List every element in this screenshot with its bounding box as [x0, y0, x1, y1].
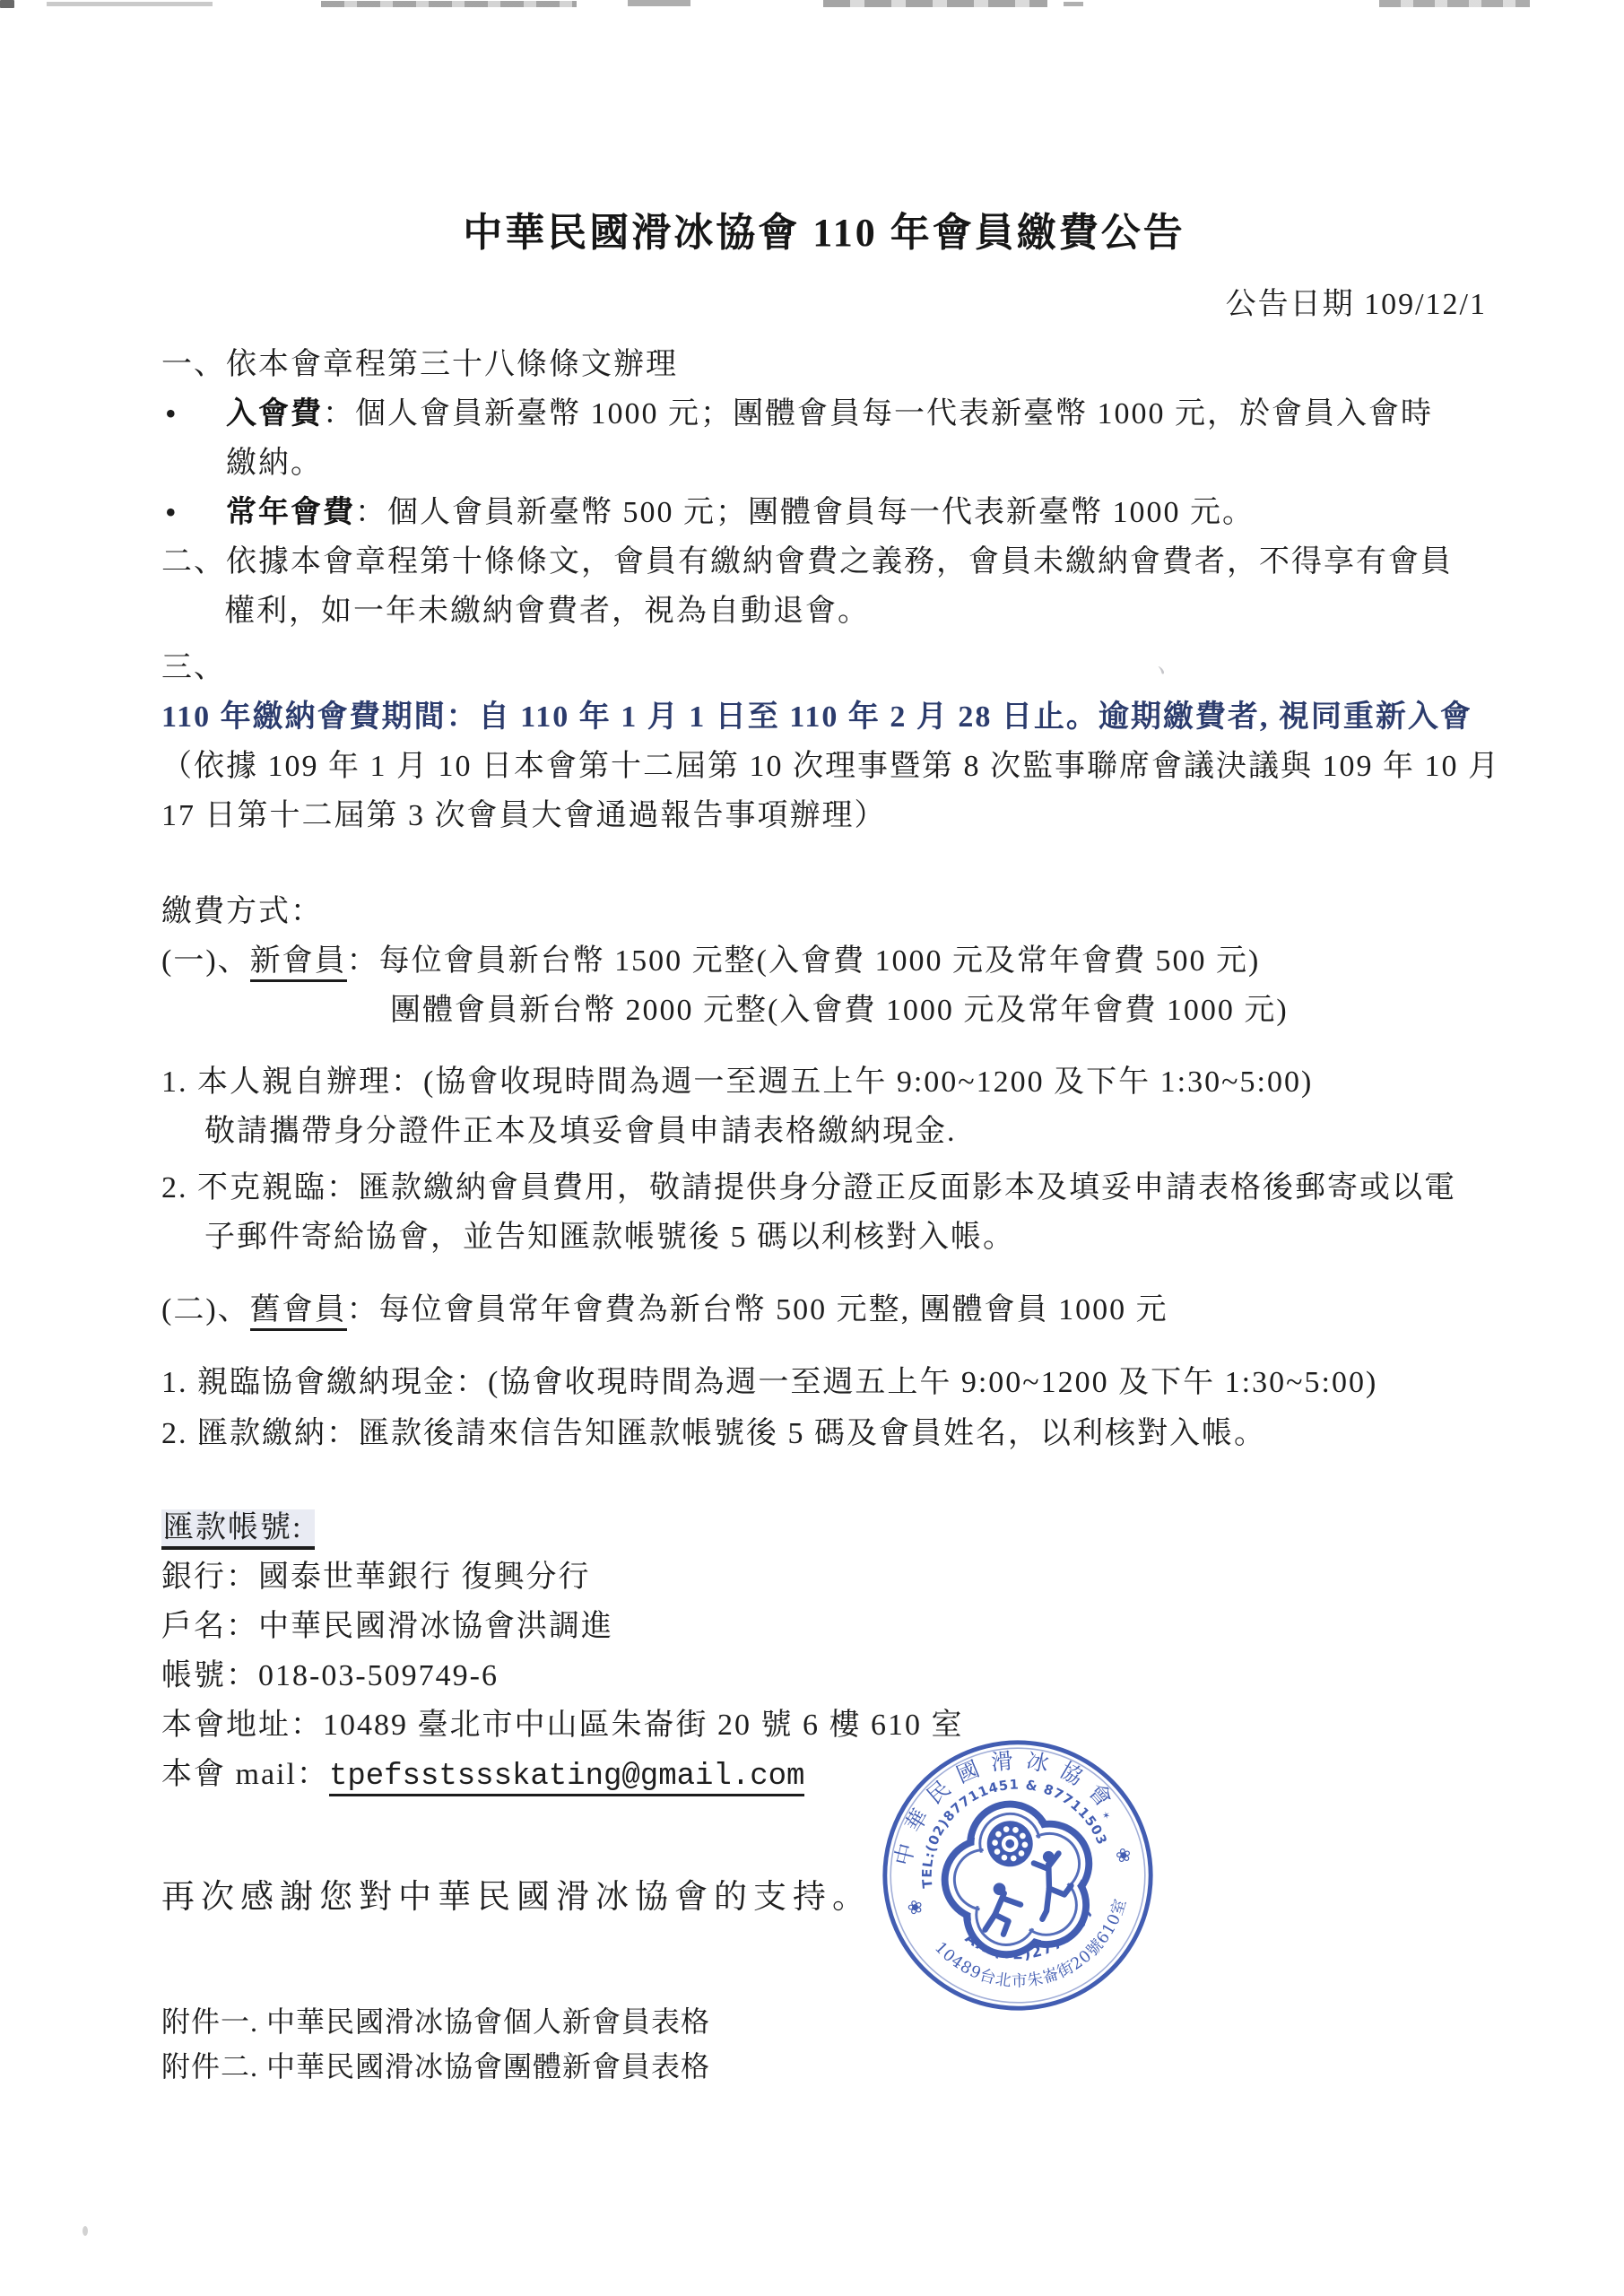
section-2-line2: 權利，如一年未繳納會費者，視為自動退會。: [161, 587, 1487, 636]
new-member-row: (一)、新會員：每位會員新台幣 1500 元整(入會費 1000 元及常年會費 …: [161, 936, 1487, 986]
thanks-line: 再次感謝您對中華民國滑冰協會的支持。: [161, 1872, 1487, 1924]
new-member-step-2: 2. 不克親臨：匯款繳納會員費用，敬請提供身分證正反面影本及填妥申請表格後郵寄或…: [161, 1163, 1487, 1213]
annual-fee-bullet: •常年會費：個人會員新臺幣 500 元；團體會員每一代表新臺幣 1000 元。: [161, 488, 1487, 537]
remit-bank-row: 銀行：國泰世華銀行 復興分行: [161, 1552, 1487, 1602]
old-member-step-2: 2. 匯款繳納：匯款後請來信告知匯款帳號後 5 碼及會員姓名，以利核對入帳。: [161, 1409, 1487, 1458]
mail-label: 本會 mail：: [161, 1758, 329, 1791]
plum-blossom-icon: ❀: [1110, 1843, 1136, 1867]
old-member-step-1: 1. 親臨協會繳納現金：(協會收現時間為週一至週五上午 9:00~1200 及下…: [161, 1358, 1487, 1407]
new-member-prefix: (一)、: [161, 944, 250, 978]
new-member-step-1b: 敬請攜帶身分證件正本及填妥會員申請表格繳納現金.: [161, 1107, 1487, 1156]
entry-fee-bullet: •入會費：個人會員新臺幣 1000 元；團體會員每一代表新臺幣 1000 元，於…: [161, 389, 1487, 439]
old-member-label: 舊會員: [250, 1293, 347, 1331]
remit-account-no-row: 帳號：018-03-509749-6: [161, 1651, 1487, 1700]
old-member-prefix: (二)、: [161, 1293, 250, 1326]
account-no-value: 018-03-509749-6: [258, 1659, 499, 1692]
new-member-text: ：每位會員新台幣 1500 元整(入會費 1000 元及常年會費 500 元): [347, 944, 1261, 978]
section-3-basis-line2: 17 日第十二屆第 3 次會員大會通過報告事項辦理）: [161, 791, 1487, 840]
address-value: 10489 臺北市中山區朱崙街 20 號 6 樓 610 室: [323, 1709, 964, 1742]
announce-date: 公告日期 109/12/1: [161, 280, 1487, 329]
remittance-heading-row: 匯款帳號:匯款帳號:: [161, 1503, 1487, 1552]
section-3-heading: 三、: [161, 643, 1487, 692]
bullet-icon: •: [165, 389, 178, 439]
account-name-value: 中華民國滑冰協會洪調進: [258, 1610, 613, 1643]
mail-address: tpefsstssskating@gmail.com: [329, 1760, 805, 1796]
scan-artifact: [0, 0, 14, 8]
scan-artifact: [83, 2226, 88, 2236]
section-1-heading: 一、依本會章程第三十八條條文辦理: [161, 340, 1487, 389]
association-address-row: 本會地址：10489 臺北市中山區朱崙街 20 號 6 樓 610 室: [161, 1700, 1487, 1750]
document-page: 、 中華民國滑冰協會 110 年會員繳費公告 公告日期 109/12/1 一、依…: [0, 0, 1624, 2296]
new-member-step-1: 1. 本人親自辦理：(協會收現時間為週一至週五上午 9:00~1200 及下午 …: [161, 1057, 1487, 1107]
association-mail-row: 本會 mail：tpefsstssskating@gmail.com: [161, 1750, 1487, 1802]
annual-fee-text: ：個人會員新臺幣 500 元；團體會員每一代表新臺幣 1000 元。: [355, 496, 1255, 529]
new-member-label: 新會員: [250, 944, 347, 982]
attachment-1: 附件一. 中華民國滑冰協會個人新會員表格: [161, 1999, 1487, 2044]
annual-fee-label: 常年會費: [226, 496, 355, 529]
document-body: 中華民國滑冰協會 110 年會員繳費公告 公告日期 109/12/1 一、依本會…: [161, 0, 1487, 2089]
attachment-2: 附件二. 中華民國滑冰協會團體新會員表格: [161, 2044, 1487, 2089]
payment-methods-heading: 繳費方式：: [161, 887, 1487, 936]
bank-value: 國泰世華銀行 復興分行: [258, 1561, 591, 1594]
old-member-text: ：每位會員常年會費為新台幣 500 元整, 團體會員 1000 元: [347, 1293, 1168, 1326]
bullet-icon: •: [165, 488, 178, 537]
section-2-line1: 二、依據本會章程第十條條文，會員有繳納會費之義務，會員未繳納會費者，不得享有會員: [161, 537, 1487, 587]
remittance-heading: 匯款帳號:: [161, 1509, 315, 1550]
bank-label: 銀行：: [161, 1561, 258, 1594]
account-no-label: 帳號：: [161, 1659, 258, 1692]
entry-fee-label: 入會費: [226, 397, 323, 430]
entry-fee-text-wrap: 繳納。: [161, 439, 1487, 488]
section-3-basis-line1: （依據 109 年 1 月 10 日本會第十二屆第 10 次理事暨第 8 次監事…: [161, 742, 1487, 791]
old-member-row: (二)、舊會員：每位會員常年會費為新台幣 500 元整, 團體會員 1000 元: [161, 1285, 1487, 1335]
account-name-label: 戶名：: [161, 1610, 258, 1643]
new-member-group-fee: 團體會員新台幣 2000 元整(入會費 1000 元及常年會費 1000 元): [390, 986, 1487, 1035]
plum-blossom-icon: ❀: [904, 1900, 925, 1916]
page-title: 中華民國滑冰協會 110 年會員繳費公告: [161, 208, 1487, 258]
remit-account-name-row: 戶名：中華民國滑冰協會洪調進: [161, 1602, 1487, 1651]
payment-period-notice: 110 年繳納會費期間：自 110 年 1 月 1 日至 110 年 2 月 2…: [161, 692, 1487, 742]
new-member-step-2b: 子郵件寄給協會，並告知匯款帳號後 5 碼以利核對入帳。: [161, 1213, 1487, 1262]
entry-fee-text: ：個人會員新臺幣 1000 元；團體會員每一代表新臺幣 1000 元，於會員入會…: [323, 397, 1433, 430]
address-label: 本會地址：: [161, 1709, 323, 1742]
